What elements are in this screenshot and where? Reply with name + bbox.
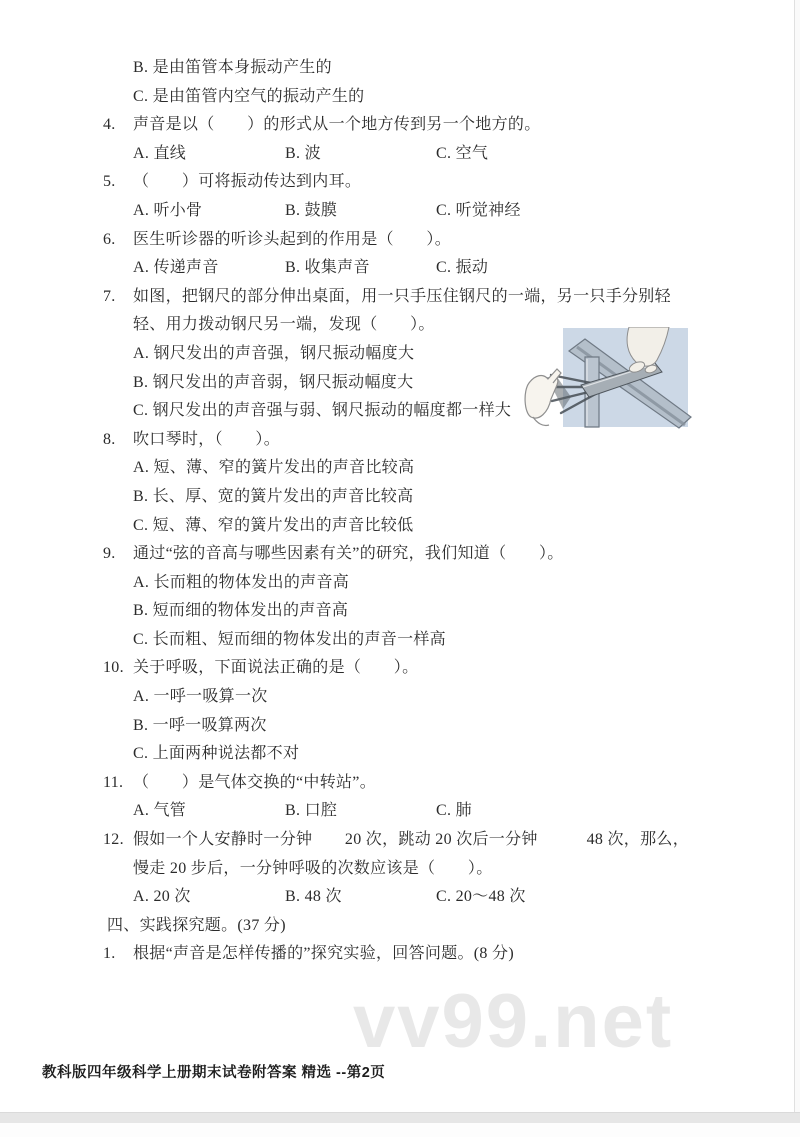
question-number: 9. bbox=[103, 540, 133, 569]
option-c: C. 振动 bbox=[436, 254, 488, 283]
option-a: A. 传递声音 bbox=[133, 254, 219, 283]
question-line: 10.关于呼吸，下面说法正确的是（ ）。 bbox=[103, 654, 773, 683]
option-line: C. 短、薄、窄的簧片发出的声音比较低 bbox=[103, 512, 773, 541]
section-header: 四、实践探究题。(37 分) bbox=[103, 912, 773, 941]
option-line: C. 上面两种说法都不对 bbox=[103, 740, 773, 769]
option-text: B. 短而细的物体发出的声音高 bbox=[133, 602, 348, 619]
option-text: C. 上面两种说法都不对 bbox=[133, 745, 299, 762]
option-text: B. 长、厚、宽的簧片发出的声音比较高 bbox=[133, 488, 413, 505]
option-a: A. 直线 bbox=[133, 140, 186, 169]
question-text: 轻、用力拨动钢尺另一端，发现（ ）。 bbox=[133, 316, 435, 333]
options-row: A. 气管B. 口腔C. 肺 bbox=[103, 797, 773, 826]
option-text: A. 长而粗的物体发出的声音高 bbox=[133, 574, 349, 591]
question-line: 12.假如一个人安静时一分钟 20 次，跳动 20 次后一分钟 48 次，那么， bbox=[103, 826, 773, 855]
page-footer: 教科版四年级科学上册期末试卷附答案 精选 --第2页 bbox=[42, 1061, 385, 1082]
option-text: C. 钢尺发出的声音强与弱、钢尺振动的幅度都一样大 bbox=[133, 402, 511, 419]
option-c: C. 20～48 次 bbox=[436, 883, 526, 912]
question-line: 7.如图，把钢尺的部分伸出桌面，用一只手压住钢尺的一端，另一只手分别轻 bbox=[103, 283, 773, 312]
question-line: 1.根据“声音是怎样传播的”探究实验，回答问题。(8 分) bbox=[103, 940, 773, 969]
option-b: B. 口腔 bbox=[285, 797, 337, 826]
option-text: C. 短、薄、窄的簧片发出的声音比较低 bbox=[133, 517, 413, 534]
question-text: 慢走 20 步后，一分钟呼吸的次数应该是（ ）。 bbox=[133, 860, 493, 877]
page-gap-divider bbox=[0, 1112, 800, 1123]
question-text: 如图，把钢尺的部分伸出桌面，用一只手压住钢尺的一端，另一只手分别轻 bbox=[133, 288, 671, 305]
question-number: 10. bbox=[103, 654, 133, 683]
option-text: B. 一呼一吸算两次 bbox=[133, 717, 267, 734]
option-line: A. 长而粗的物体发出的声音高 bbox=[103, 569, 773, 598]
question-text: 假如一个人安静时一分钟 20 次，跳动 20 次后一分钟 48 次，那么， bbox=[133, 831, 689, 848]
option-line: C. 长而粗、短而细的物体发出的声音一样高 bbox=[103, 626, 773, 655]
option-line: A. 一呼一吸算一次 bbox=[103, 683, 773, 712]
question-line: 9.通过“弦的音高与哪些因素有关”的研究，我们知道（ ）。 bbox=[103, 540, 773, 569]
option-b: B. 波 bbox=[285, 140, 321, 169]
option-c: C. 空气 bbox=[436, 140, 488, 169]
question-line: 11.（ ）是气体交换的“中转站”。 bbox=[103, 769, 773, 798]
option-line: B. 是由笛管本身振动产生的 bbox=[103, 54, 773, 83]
options-row: A. 听小骨B. 鼓膜C. 听觉神经 bbox=[103, 197, 773, 226]
question-continuation-line: 慢走 20 步后，一分钟呼吸的次数应该是（ ）。 bbox=[103, 855, 773, 884]
option-a: A. 20 次 bbox=[133, 883, 191, 912]
scanned-test-page: B. 是由笛管本身振动产生的 C. 是由笛管内空气的振动产生的 4.声音是以（ … bbox=[0, 0, 800, 1137]
question-text: 吹口琴时，（ ）。 bbox=[133, 431, 280, 448]
question-number: 4. bbox=[103, 111, 133, 140]
question-text: （ ）是气体交换的“中转站”。 bbox=[133, 774, 376, 791]
option-a: A. 听小骨 bbox=[133, 197, 202, 226]
option-line: B. 一呼一吸算两次 bbox=[103, 712, 773, 741]
option-text: C. 长而粗、短而细的物体发出的声音一样高 bbox=[133, 631, 446, 648]
question-line: 4.声音是以（ ）的形式从一个地方传到另一个地方的。 bbox=[103, 111, 773, 140]
question-text: 根据“声音是怎样传播的”探究实验，回答问题。(8 分) bbox=[133, 945, 514, 962]
option-c: C. 肺 bbox=[436, 797, 472, 826]
option-text: B. 是由笛管本身振动产生的 bbox=[133, 59, 332, 76]
ruler-experiment-figure bbox=[523, 327, 698, 447]
option-b: B. 48 次 bbox=[285, 883, 342, 912]
option-text: A. 一呼一吸算一次 bbox=[133, 688, 268, 705]
next-page-top bbox=[0, 1123, 800, 1137]
question-line: 6.医生听诊器的听诊头起到的作用是（ ）。 bbox=[103, 226, 773, 255]
question-number: 1. bbox=[103, 940, 133, 969]
question-text: 关于呼吸，下面说法正确的是（ ）。 bbox=[133, 659, 418, 676]
option-text: C. 是由笛管内空气的振动产生的 bbox=[133, 88, 364, 105]
question-text-block: B. 是由笛管本身振动产生的 C. 是由笛管内空气的振动产生的 4.声音是以（ … bbox=[103, 54, 773, 969]
plucking-hand-drawing bbox=[525, 369, 561, 426]
question-number: 7. bbox=[103, 283, 133, 312]
section-title: 四、实践探究题。(37 分) bbox=[107, 917, 286, 934]
page-right-margin bbox=[795, 0, 800, 1113]
option-b: B. 鼓膜 bbox=[285, 197, 337, 226]
question-text: 通过“弦的音高与哪些因素有关”的研究，我们知道（ ）。 bbox=[133, 545, 564, 562]
option-line: B. 长、厚、宽的簧片发出的声音比较高 bbox=[103, 483, 773, 512]
option-line: A. 短、薄、窄的簧片发出的声音比较高 bbox=[103, 454, 773, 483]
question-text: 声音是以（ ）的形式从一个地方传到另一个地方的。 bbox=[133, 116, 541, 133]
question-text: 医生听诊器的听诊头起到的作用是（ ）。 bbox=[133, 231, 451, 248]
options-row: A. 传递声音B. 收集声音C. 振动 bbox=[103, 254, 773, 283]
question-text: （ ）可将振动传达到内耳。 bbox=[133, 173, 361, 190]
option-line: C. 是由笛管内空气的振动产生的 bbox=[103, 83, 773, 112]
option-text: A. 短、薄、窄的簧片发出的声音比较高 bbox=[133, 459, 414, 476]
option-a: A. 气管 bbox=[133, 797, 186, 826]
options-row: A. 20 次B. 48 次C. 20～48 次 bbox=[103, 883, 773, 912]
option-b: B. 收集声音 bbox=[285, 254, 370, 283]
option-text: A. 钢尺发出的声音强，钢尺振动幅度大 bbox=[133, 345, 414, 362]
question-number: 12. bbox=[103, 826, 133, 855]
option-text: B. 钢尺发出的声音弱，钢尺振动幅度大 bbox=[133, 374, 413, 391]
question-number: 5. bbox=[103, 168, 133, 197]
question-number: 6. bbox=[103, 226, 133, 255]
option-c: C. 听觉神经 bbox=[436, 197, 521, 226]
options-row: A. 直线B. 波C. 空气 bbox=[103, 140, 773, 169]
question-number: 8. bbox=[103, 426, 133, 455]
watermark: vv99.net bbox=[353, 984, 673, 1060]
option-line: B. 短而细的物体发出的声音高 bbox=[103, 597, 773, 626]
question-number: 11. bbox=[103, 769, 133, 798]
question-line: 5.（ ）可将振动传达到内耳。 bbox=[103, 168, 773, 197]
